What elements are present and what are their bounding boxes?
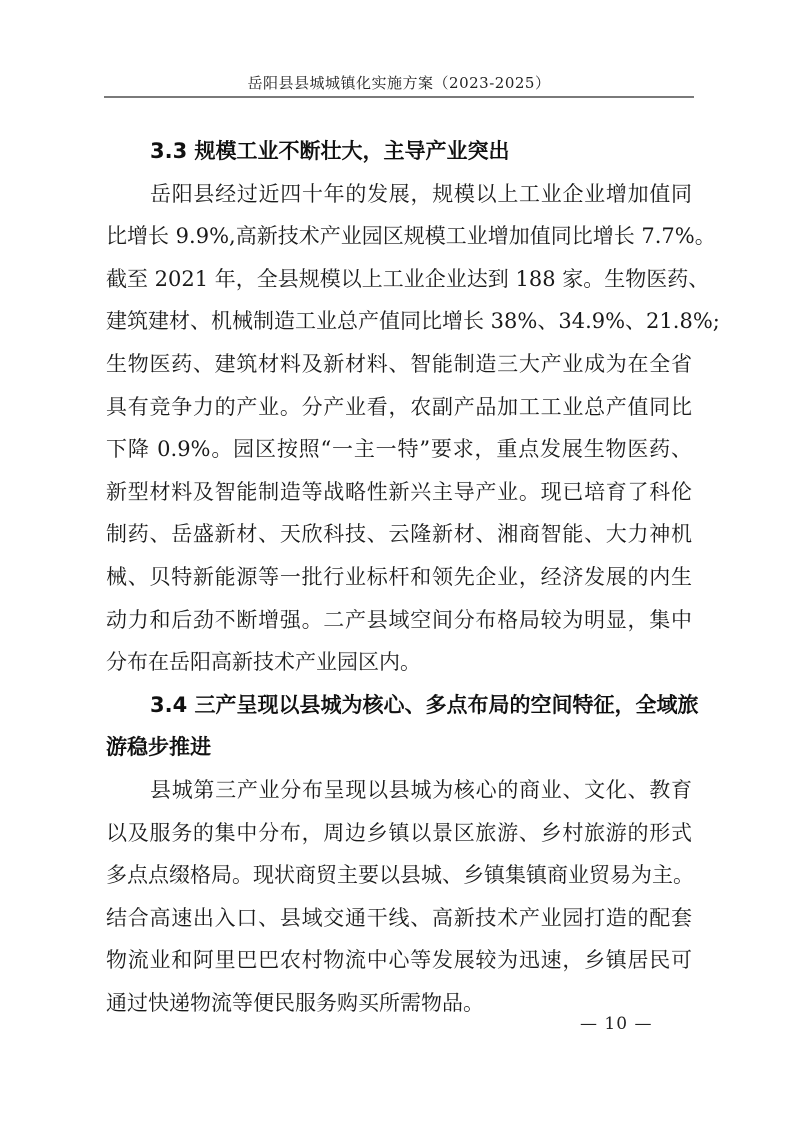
running-header: 岳阳县县城城镇化实施方案（2023-2025） [104,72,694,93]
paragraph-line: 县城第三产业分布呈现以县城为核心的商业、文化、教育 [106,769,692,812]
paragraph-line: 物流业和阿里巴巴农村物流中心等发展较为迅速，乡镇居民可 [106,939,692,982]
paragraph-line: 下降 0.9%。园区按照“一主一特”要求，重点发展生物医药、 [106,428,692,471]
page-number: — 10 — [580,1014,652,1034]
section-3-4: 3.4 三产呈现以县城为核心、多点布局的空间特征，全域旅 游稳步推进 县城第三产… [106,684,692,1025]
document-body: 3.3 规模工业不断壮大，主导产业突出 岳阳县经过近四十年的发展，规模以上工业企… [106,130,692,1024]
paragraph-line: 结合高速出入口、县域交通干线、高新技术产业园打造的配套 [106,897,692,940]
section-paragraph: 县城第三产业分布呈现以县城为核心的商业、文化、教育 以及服务的集中分布，周边乡镇… [106,769,692,1025]
header-divider [104,96,694,98]
section-3-3: 3.3 规模工业不断壮大，主导产业突出 岳阳县经过近四十年的发展，规模以上工业企… [106,130,692,684]
paragraph-line: 械、贝特新能源等一批行业标杆和领先企业，经济发展的内生 [106,556,692,599]
paragraph-line: 动力和后劲不断增强。二产县域空间分布格局较为明显，集中 [106,599,692,642]
paragraph-line: 制药、岳盛新材、天欣科技、云隆新材、湘商智能、大力神机 [106,513,692,556]
paragraph-line: 多点点缀格局。现状商贸主要以县城、乡镇集镇商业贸易为主。 [106,854,692,897]
section-paragraph: 岳阳县经过近四十年的发展，规模以上工业企业增加值同 比增长 9.9%,高新技术产… [106,173,692,684]
section-heading-continued: 游稳步推进 [106,726,692,769]
paragraph-line: 生物医药、建筑材料及新材料、智能制造三大产业成为在全省 [106,343,692,386]
paragraph-line: 具有竞争力的产业。分产业看，农副产品加工工业总产值同比 [106,386,692,429]
section-heading: 3.4 三产呈现以县城为核心、多点布局的空间特征，全域旅 [106,684,692,727]
section-heading: 3.3 规模工业不断壮大，主导产业突出 [106,130,692,173]
paragraph-line: 岳阳县经过近四十年的发展，规模以上工业企业增加值同 [106,173,692,216]
paragraph-line: 以及服务的集中分布，周边乡镇以景区旅游、乡村旅游的形式 [106,812,692,855]
paragraph-line: 建筑建材、机械制造工业总产值同比增长 38%、34.9%、21.8%; [106,300,692,343]
paragraph-line: 截至 2021 年，全县规模以上工业企业达到 188 家。生物医药、 [106,258,692,301]
paragraph-line: 新型材料及智能制造等战略性新兴主导产业。现已培育了科伦 [106,471,692,514]
paragraph-line: 分布在岳阳高新技术产业园区内。 [106,641,692,684]
paragraph-line: 比增长 9.9%,高新技术产业园区规模工业增加值同比增长 7.7%。 [106,215,692,258]
